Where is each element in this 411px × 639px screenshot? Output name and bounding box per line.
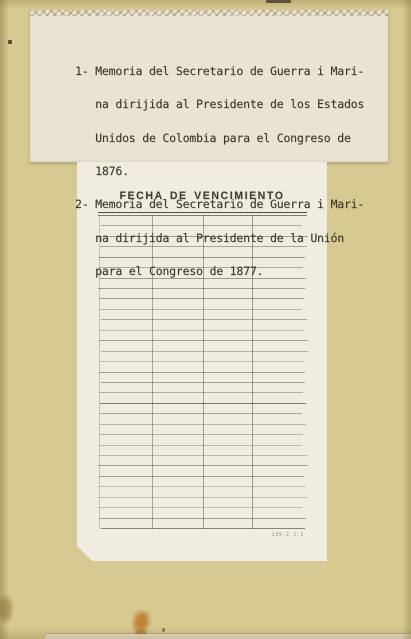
- typed-line: 2- Memoria del Secretario de Guerra i Ma…: [75, 199, 364, 210]
- card-form-code: 139-2 2-2: [272, 532, 305, 538]
- table-row-line: [101, 319, 307, 320]
- typed-line: para el Congreso de 1877.: [75, 266, 364, 277]
- table-row-line: [100, 434, 303, 435]
- table-row-line: [99, 392, 303, 393]
- typed-line: 1876.: [75, 166, 364, 177]
- typed-line: na dirijida al Presidente de los Estados: [75, 99, 364, 110]
- scan-edge-mark: [266, 0, 291, 3]
- table-row-line: [100, 445, 302, 446]
- table-row-line: [99, 476, 304, 477]
- table-row-line: [99, 372, 305, 373]
- stain-smudge: [0, 594, 14, 624]
- table-row-line: [98, 507, 302, 508]
- table-row-line: [100, 330, 304, 331]
- typed-line: na dirijida al Presidente de la Unión: [75, 233, 364, 244]
- stain-orange-small: [134, 628, 148, 639]
- underlying-sheet-edge: [45, 634, 411, 639]
- ink-speck: [162, 628, 165, 632]
- typed-line: 1- Memoria del Secretario de Guerra i Ma…: [75, 66, 364, 77]
- ink-speck: [8, 40, 12, 44]
- scanned-album-page: 1- Memoria del Secretario de Guerra i Ma…: [0, 0, 411, 639]
- typed-note-block: 1- Memoria del Secretario de Guerra i Ma…: [75, 44, 364, 299]
- table-row-line: [101, 351, 308, 352]
- stain-orange: [129, 608, 154, 638]
- typed-line: Unidos de Colombia para el Congreso de: [75, 133, 364, 144]
- table-row-line: [100, 309, 302, 310]
- table-row-line: [99, 413, 302, 414]
